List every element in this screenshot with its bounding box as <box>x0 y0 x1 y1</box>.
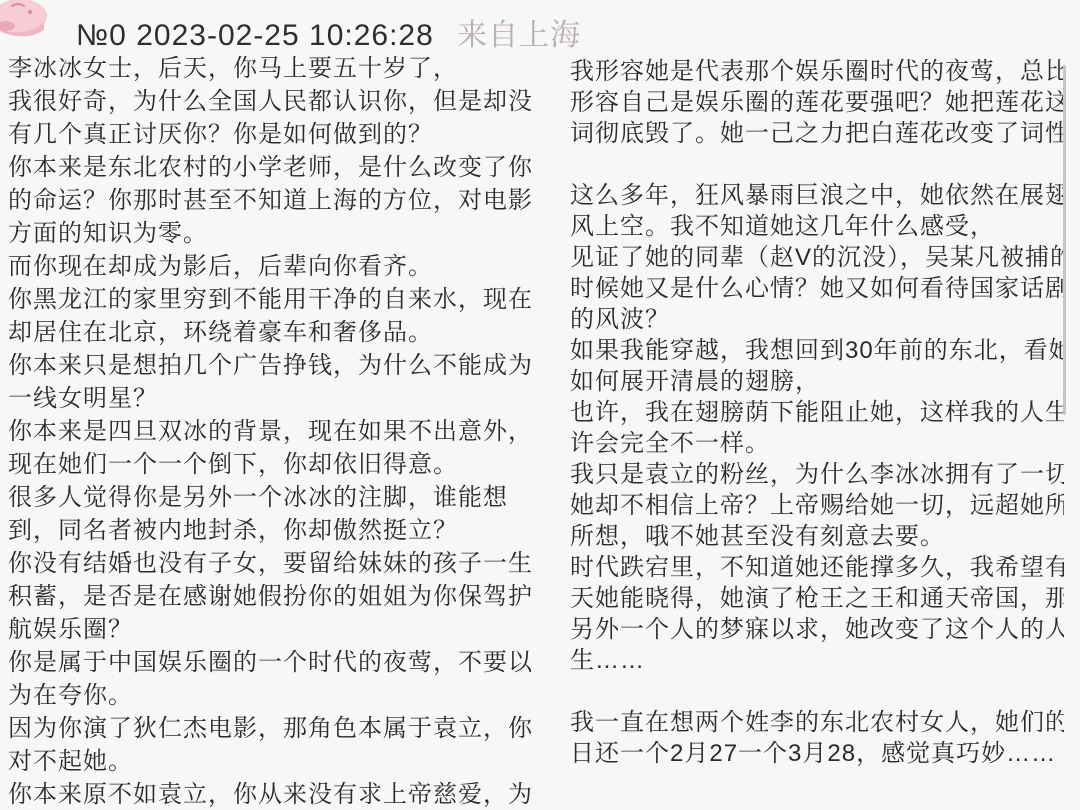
weibo-post: №0 2023-02-25 10:26:28 来自上海 李冰冰女士，后天，你马上… <box>0 0 1080 810</box>
post-meta: №0 2023-02-25 10:26:28 来自上海 <box>76 10 581 54</box>
scrollbar-thumb[interactable] <box>1063 65 1066 415</box>
pig-avatar-icon <box>0 0 50 44</box>
post-location-link[interactable]: 来自上海 <box>457 19 581 52</box>
post-timestamp: 2023-02-25 10:26:28 <box>136 19 434 52</box>
right-column-text: 我形容她是代表那个娱乐圈时代的夜莺，总比她 形容自己是娱乐圈的莲花要强吧？她把莲… <box>570 56 1064 810</box>
post-number: №0 <box>76 19 127 52</box>
left-column-text: 李冰冰女士，后天，你马上要五十岁了， 我很好奇，为什么全国人民都认识你，但是却没… <box>8 52 553 810</box>
post-header: №0 2023-02-25 10:26:28 来自上海 <box>0 8 1080 52</box>
